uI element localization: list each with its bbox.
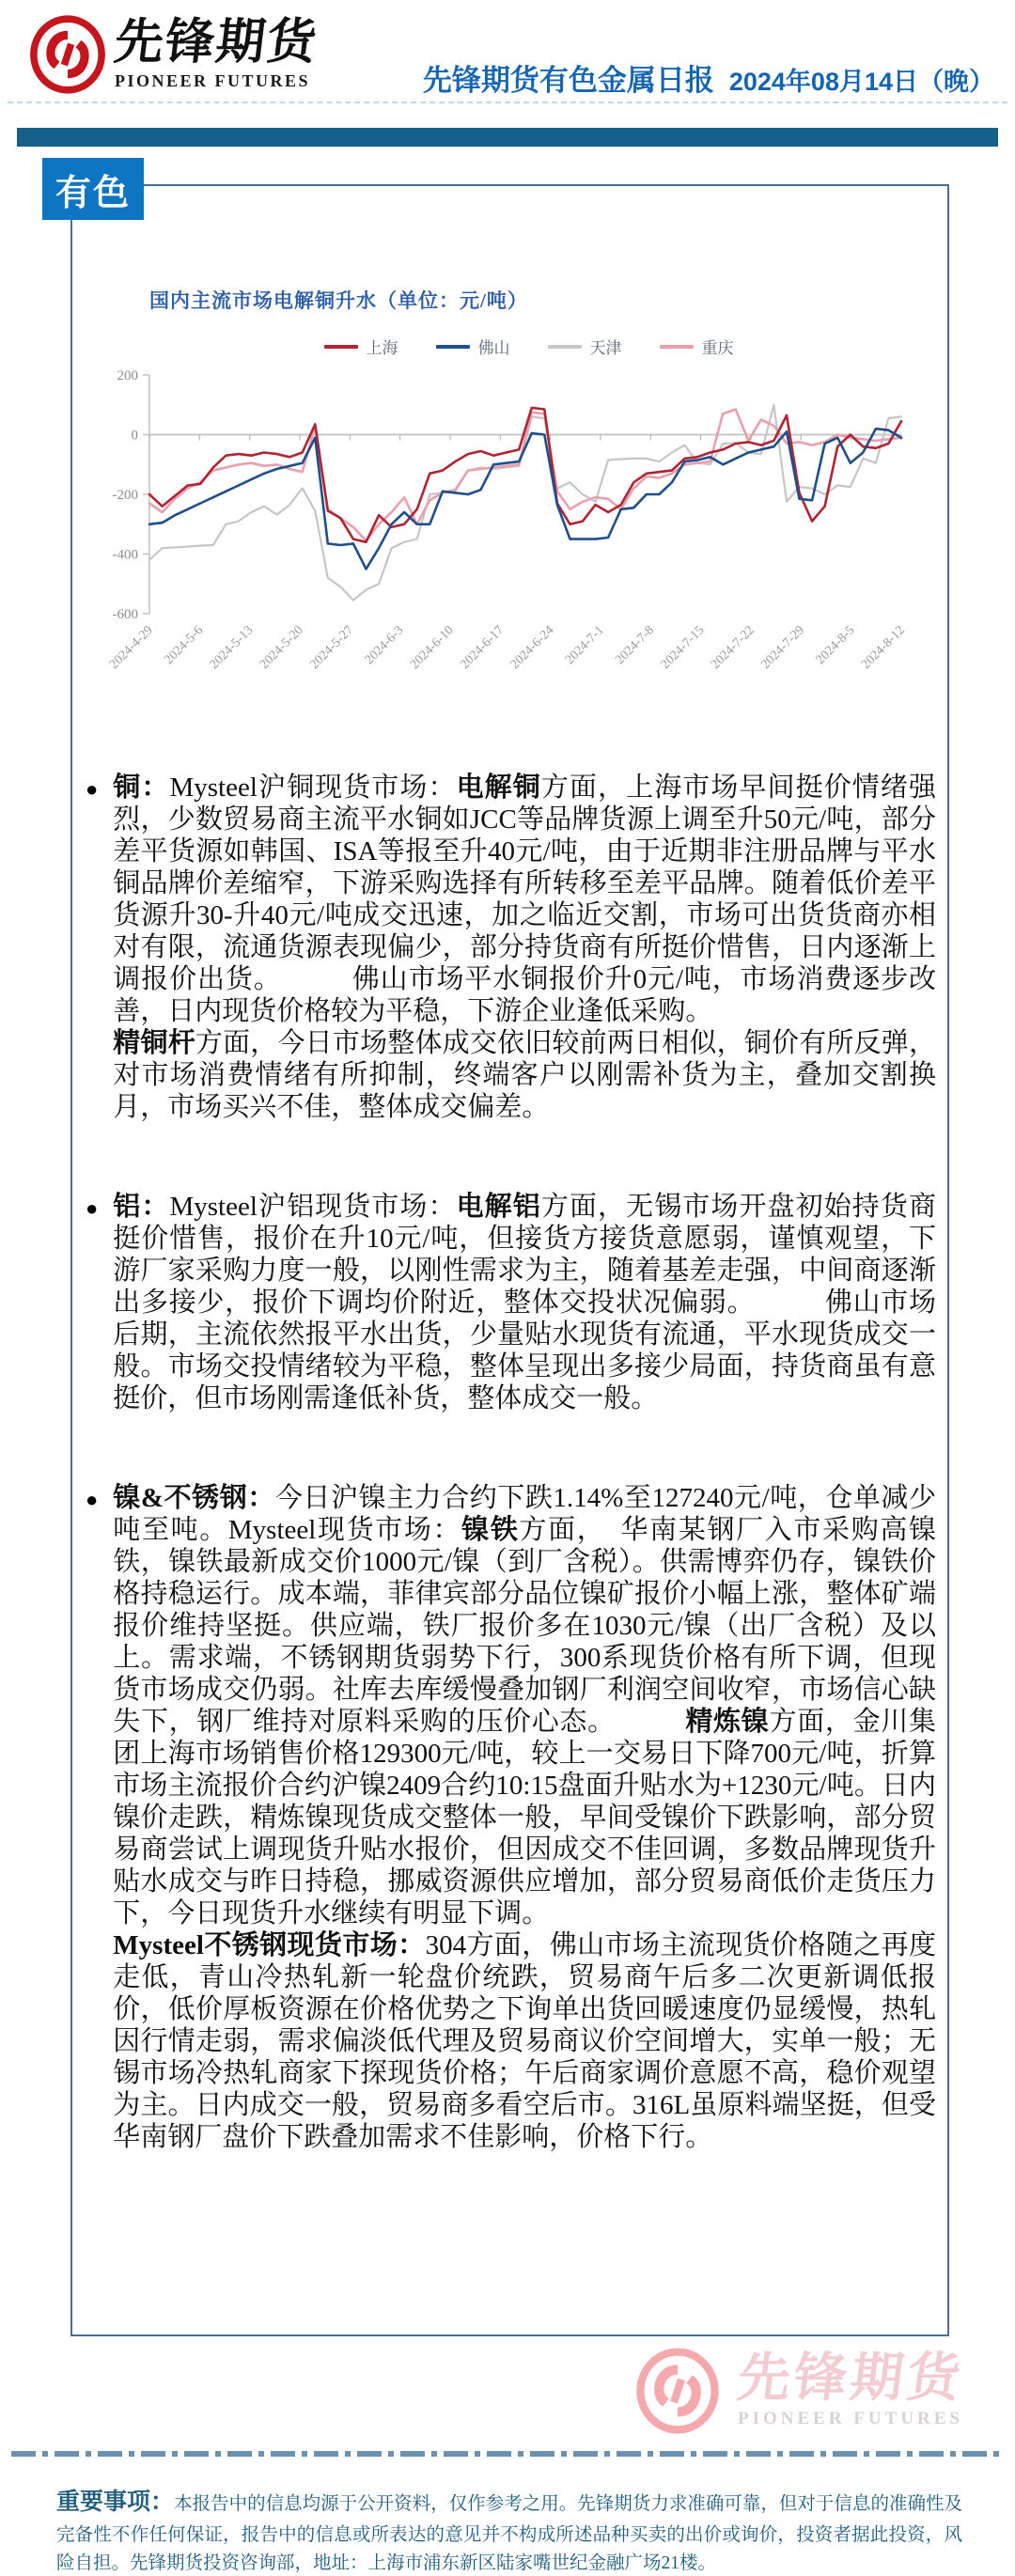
report-body-box: 有色 国内主流市场电解铜升水（单位：元/吨） 上海佛山天津重庆 2000-200…	[70, 184, 949, 2336]
bullet-icon: ●	[86, 1482, 98, 2153]
svg-text:-600: -600	[113, 607, 139, 622]
header: 先锋期货 PIONEER FUTURES 先锋期货有色金属日报 2024年08月…	[0, 0, 1015, 94]
footer-divider	[11, 2451, 1004, 2457]
legend-label: 佛山	[478, 335, 510, 358]
legend-item: 重庆	[660, 335, 734, 358]
header-divider	[8, 101, 1007, 103]
copper-premium-line-chart: 2000-200-400-6002024-4-292024-5-62024-5-…	[84, 362, 929, 711]
svg-text:2024-5-6: 2024-5-6	[162, 623, 206, 667]
svg-text:2024-8-12: 2024-8-12	[859, 623, 908, 672]
svg-text:200: 200	[117, 368, 139, 383]
legend-line-swatch	[324, 345, 358, 349]
svg-text:2024-6-3: 2024-6-3	[363, 623, 407, 667]
svg-text:2024-5-13: 2024-5-13	[208, 623, 257, 672]
chart-title: 国内主流市场电解铜升水（单位：元/吨）	[149, 286, 947, 314]
aluminum-commentary: 铝：Mysteel沪铝现货市场：电解铝方面，无锡市场开盘初始持货商挺价惜售，报价…	[113, 1191, 936, 1414]
svg-text:2024-8-5: 2024-8-5	[814, 623, 858, 667]
svg-text:2024-6-10: 2024-6-10	[408, 623, 457, 672]
commentary-list: ● 铜：Mysteel沪铜现货市场：电解铜方面，上海市场早间挺价情绪强烈，少数贸…	[86, 772, 936, 2153]
legend-label: 上海	[367, 335, 398, 358]
svg-text:2024-6-17: 2024-6-17	[458, 623, 507, 672]
svg-text:-200: -200	[113, 488, 139, 503]
svg-text:2024-4-29: 2024-4-29	[107, 623, 156, 672]
disclaimer-label: 重要事项：	[56, 2490, 174, 2515]
pioneer-logo-watermark-icon	[634, 2348, 721, 2434]
legend-item: 天津	[548, 335, 622, 358]
brand-name-cn: 先锋期货	[112, 19, 320, 68]
copper-commentary: 铜：Mysteel沪铜现货市场：电解铜方面，上海市场早间挺价情绪强烈，少数贸易商…	[113, 772, 936, 1123]
svg-text:2024-6-24: 2024-6-24	[508, 623, 557, 672]
list-item-copper: ● 铜：Mysteel沪铜现货市场：电解铜方面，上海市场早间挺价情绪强烈，少数贸…	[86, 772, 936, 1123]
watermark-brand-cn: 先锋期货	[735, 2352, 967, 2405]
pioneer-logo-icon	[28, 15, 107, 94]
pioneer-logo: 先锋期货 PIONEER FUTURES	[28, 15, 318, 94]
legend-item: 上海	[324, 335, 398, 358]
legend-line-swatch	[660, 345, 694, 349]
list-item-nickel-stainless: ● 镍&不锈钢：今日沪镍主力合约下跌1.14%至127240元/吨，仓单减少吨至…	[86, 1482, 936, 2153]
nickel-stainless-commentary: 镍&不锈钢：今日沪镍主力合约下跌1.14%至127240元/吨，仓单减少吨至吨。…	[113, 1482, 936, 2153]
brand-name-en: PIONEER FUTURES	[115, 71, 318, 91]
bullet-icon: ●	[86, 772, 98, 1123]
report-title: 先锋期货有色金属日报	[423, 56, 714, 99]
disclaimer: 重要事项：本报告中的信息均源于公开资料，仅作参考之用。先锋期货力求准确可靠，但对…	[56, 2485, 962, 2576]
svg-text:0: 0	[132, 429, 139, 444]
copper-premium-chart-block: 国内主流市场电解铜升水（单位：元/吨） 上海佛山天津重庆 2000-200-40…	[72, 186, 947, 711]
legend-line-swatch	[436, 345, 470, 349]
svg-text:2024-7-1: 2024-7-1	[563, 623, 607, 667]
disclaimer-text: 本报告中的信息均源于公开资料，仅作参考之用。先锋期货力求准确可靠，但对于信息的准…	[56, 2494, 962, 2573]
legend-item: 佛山	[436, 335, 510, 358]
watermark-brand-en: PIONEER FUTURES	[738, 2409, 963, 2429]
bullet-icon: ●	[86, 1191, 98, 1414]
report-date: 2024年08月14日（晚）	[729, 61, 994, 98]
svg-text:2024-7-29: 2024-7-29	[758, 623, 807, 672]
svg-text:2024-5-27: 2024-5-27	[307, 623, 356, 672]
svg-text:2024-7-22: 2024-7-22	[709, 623, 757, 672]
legend-line-swatch	[548, 345, 582, 349]
svg-text:2024-7-8: 2024-7-8	[613, 623, 657, 667]
svg-text:2024-5-20: 2024-5-20	[258, 623, 306, 672]
watermark: 先锋期货 PIONEER FUTURES	[0, 2346, 963, 2436]
section-separator-bar	[17, 128, 998, 147]
chart-legend: 上海佛山天津重庆	[110, 335, 947, 358]
legend-label: 重庆	[702, 335, 734, 358]
legend-label: 天津	[590, 335, 622, 358]
list-item-aluminum: ● 铝：Mysteel沪铝现货市场：电解铝方面，无锡市场开盘初始持货商挺价惜售，…	[86, 1191, 936, 1414]
svg-text:-400: -400	[113, 548, 139, 563]
svg-text:2024-7-15: 2024-7-15	[659, 623, 708, 672]
section-tab-nonferrous: 有色	[42, 158, 144, 220]
